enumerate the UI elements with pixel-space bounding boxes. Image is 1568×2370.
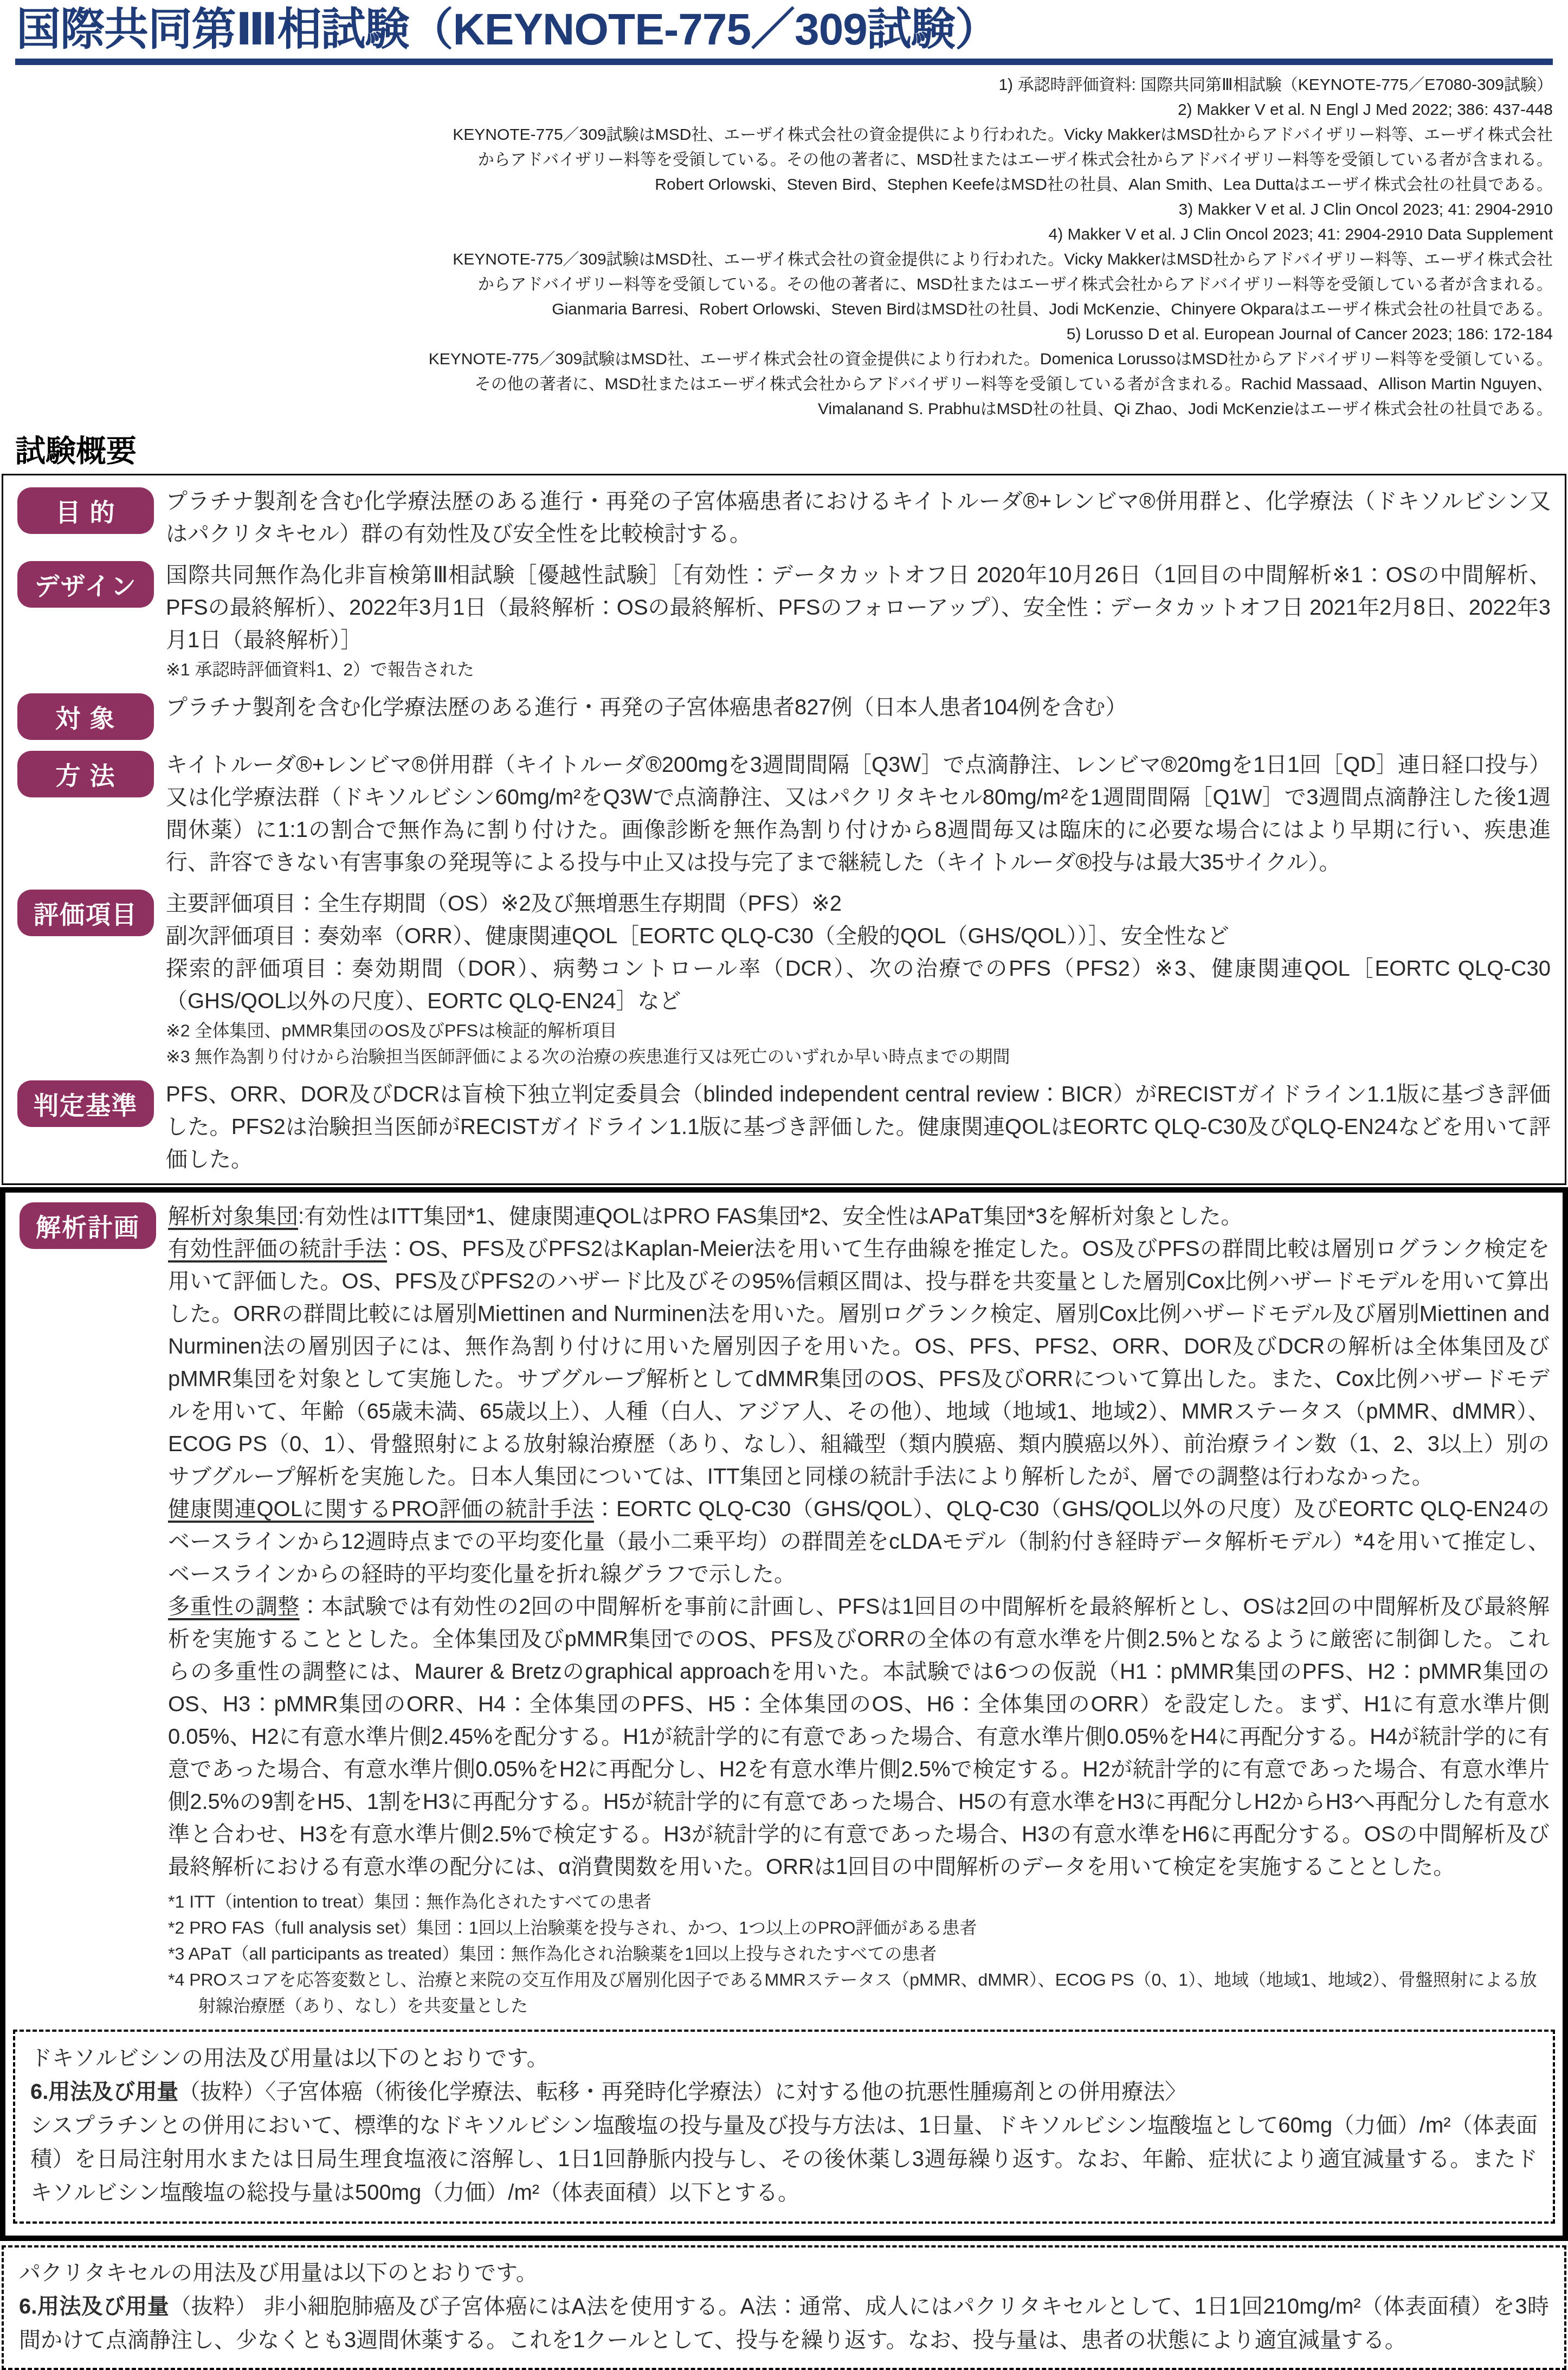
efficacy-statistics-lead: 有効性評価の統計手法	[168, 1237, 387, 1261]
reference-line: Robert Orlowski、Steven Bird、Stephen Keef…	[15, 172, 1553, 197]
analysis-footnote: *4 PROスコアを応答変数とし、治療と来院の交互作用及び層別化因子であるMMR…	[168, 1967, 1550, 2019]
design-footnote: ※1 承認時評価資料1、2）で報告された	[166, 656, 1551, 682]
reference-line: からアドバイザリー料等を受領している。その他の著者に、MSD社またはエーザイ株式…	[15, 147, 1553, 172]
analysis-footnote: *2 PRO FAS（full analysis set）集団：1回以上治験薬を…	[168, 1915, 1550, 1941]
reference-line: 2) Makker V et al. N Engl J Med 2022; 38…	[15, 98, 1553, 123]
purpose-badge: 目 的	[17, 487, 154, 534]
reference-line: KEYNOTE-775／309試験はMSD社、エーザイ株式会社の資金提供により行…	[15, 123, 1553, 147]
row-methods: 方 法 キイトルーダ®+レンビマ®併用群（キイトルーダ®200mgを3週間間隔［…	[3, 744, 1565, 883]
methods-text: キイトルーダ®+レンビマ®併用群（キイトルーダ®200mgを3週間間隔［Q3W］…	[154, 749, 1565, 879]
row-design: デザイン 国際共同無作為化非盲検第Ⅲ相試験［優越性試験］［有効性：データカットオ…	[3, 555, 1565, 687]
purpose-paragraph: プラチナ製剤を含む化学療法歴のある進行・再発の子宮体癌患者におけるキイトルーダ®…	[166, 485, 1551, 550]
reference-line: 4) Makker V et al. J Clin Oncol 2023; 41…	[15, 222, 1553, 247]
subjects-paragraph: プラチナ製剤を含む化学療法歴のある進行・再発の子宮体癌患者827例（日本人患者1…	[166, 691, 1551, 724]
endpoints-badge: 評価項目	[17, 890, 154, 936]
paclitaxel-body: （抜粋） 非小細胞肺癌及び子宮体癌にはA法を使用する。A法：通常、成人にはパクリ…	[19, 2295, 1549, 2352]
row-purpose: 目 的 プラチナ製剤を含む化学療法歴のある進行・再発の子宮体癌患者におけるキイト…	[3, 481, 1565, 555]
reference-line: 1) 承認時評価資料: 国際共同第Ⅲ相試験（KEYNOTE-775／E7080-…	[15, 73, 1553, 98]
doxorubicin-body: シスプラチンとの併用において、標準的なドキソルビシン塩酸塩の投与量及び投与方法は…	[30, 2109, 1538, 2210]
title-underline-rule	[15, 59, 1553, 65]
endpoints-footnote: ※2 全体集団、pMMR集団のOS及びPFSは検証的解析項目	[166, 1017, 1551, 1044]
analysis-plan-badge: 解析計画	[20, 1202, 156, 1249]
criteria-paragraph: PFS、ORR、DOR及びDCRは盲検下独立判定委員会（blinded inde…	[166, 1078, 1551, 1176]
doxorubicin-dosage-box: ドキソルビシンの用法及び用量は以下のとおりです。 6.用法及び用量（抜粋）〈子宮…	[13, 2030, 1555, 2224]
reference-line: その他の著者に、MSD社またはエーザイ株式会社からアドバイザリー料等を受領してい…	[15, 372, 1553, 397]
subjects-text: プラチナ製剤を含む化学療法歴のある進行・再発の子宮体癌患者827例（日本人患者1…	[154, 691, 1565, 724]
purpose-text: プラチナ製剤を含む化学療法歴のある進行・再発の子宮体癌患者におけるキイトルーダ®…	[154, 485, 1565, 550]
endpoints-exploratory: 探索的評価項目：奏効期間（DOR）、病勢コントロール率（DCR）、次の治療でのP…	[166, 952, 1551, 1017]
criteria-badge: 判定基準	[17, 1080, 154, 1127]
analysis-populations: 解析対象集団:有効性はITT集団*1、健康関連QOLはPRO FAS集団*2、安…	[168, 1200, 1550, 1233]
multiplicity-adjustment: 多重性の調整：本試験では有効性の2回の中間解析を事前に計画し、PFSは1回目の中…	[168, 1590, 1550, 1883]
multiplicity-adjustment-body: ：本試験では有効性の2回の中間解析を事前に計画し、PFSは1回目の中間解析を最終…	[168, 1595, 1550, 1879]
analysis-populations-body: :有効性はITT集団*1、健康関連QOLはPRO FAS集団*2、安全性はAPa…	[298, 1205, 1242, 1228]
row-subjects: 対 象 プラチナ製剤を含む化学療法歴のある進行・再発の子宮体癌患者827例（日本…	[3, 687, 1565, 744]
analysis-plan-footnotes: *1 ITT（intention to treat）集団：無作為化されたすべての…	[168, 1889, 1550, 2019]
reference-line: KEYNOTE-775／309試験はMSD社、エーザイ株式会社の資金提供により行…	[15, 347, 1553, 372]
doxorubicin-heading: 6.用法及び用量（抜粋）〈子宮体癌（術後化学療法、転移・再発時化学療法）に対する…	[30, 2075, 1538, 2109]
trial-overview-table: 目 的 プラチナ製剤を含む化学療法歴のある進行・再発の子宮体癌患者におけるキイト…	[2, 474, 1566, 1185]
row-analysis-plan: 解析計画 解析対象集団:有効性はITT集団*1、健康関連QOLはPRO FAS集…	[5, 1200, 1563, 2019]
endpoints-primary: 主要評価項目：全生存期間（OS）※2及び無増悪生存期間（PFS）※2	[166, 887, 1551, 920]
pro-qol-statistics-lead: 健康関連QOLに関するPRO評価の統計手法	[168, 1497, 594, 1521]
analysis-footnote: *1 ITT（intention to treat）集団：無作為化されたすべての…	[168, 1889, 1550, 1915]
design-text: 国際共同無作為化非盲検第Ⅲ相試験［優越性試験］［有効性：データカットオフ日 20…	[154, 559, 1565, 682]
reference-line: 5) Lorusso D et al. European Journal of …	[15, 322, 1553, 347]
row-criteria: 判定基準 PFS、ORR、DOR及びDCRは盲検下独立判定委員会（blinded…	[3, 1074, 1565, 1180]
endpoints-text: 主要評価項目：全生存期間（OS）※2及び無増悪生存期間（PFS）※2 副次評価項…	[154, 887, 1565, 1070]
subjects-badge: 対 象	[17, 693, 154, 740]
paclitaxel-heading-bold: 6.用法及び用量	[19, 2295, 169, 2319]
analysis-plan-text: 解析対象集団:有効性はITT集団*1、健康関連QOLはPRO FAS集団*2、安…	[156, 1200, 1563, 2019]
paclitaxel-body-line: 6.用法及び用量（抜粋） 非小細胞肺癌及び子宮体癌にはA法を使用する。A法：通常…	[19, 2290, 1549, 2357]
efficacy-statistics: 有効性評価の統計手法：OS、PFS及びPFS2はKaplan-Meier法を用い…	[168, 1233, 1550, 1493]
doxorubicin-heading-bold: 6.用法及び用量	[30, 2080, 178, 2104]
endpoints-footnote: ※3 無作為割り付けから治験担当医師評価による次の治療の疾患進行又は死亡のいずれ…	[166, 1044, 1551, 1070]
analysis-plan-frame: 解析計画 解析対象集団:有効性はITT集団*1、健康関連QOLはPRO FAS集…	[0, 1187, 1568, 2241]
reference-list: 1) 承認時評価資料: 国際共同第Ⅲ相試験（KEYNOTE-775／E7080-…	[15, 73, 1553, 422]
reference-line: からアドバイザリー料等を受領している。その他の著者に、MSD社またはエーザイ株式…	[15, 272, 1553, 297]
pro-qol-statistics: 健康関連QOLに関するPRO評価の統計手法：EORTC QLQ-C30（GHS/…	[168, 1493, 1550, 1590]
overview-heading: 試験概要	[15, 427, 1568, 471]
reference-line: Gianmaria Barresi、Robert Orlowski、Steven…	[15, 297, 1553, 322]
row-endpoints: 評価項目 主要評価項目：全生存期間（OS）※2及び無増悪生存期間（PFS）※2 …	[3, 883, 1565, 1074]
design-paragraph: 国際共同無作為化非盲検第Ⅲ相試験［優越性試験］［有効性：データカットオフ日 20…	[166, 559, 1551, 656]
doxorubicin-heading-rest: （抜粋）〈子宮体癌（術後化学療法、転移・再発時化学療法）に対する他の抗悪性腫瘍剤…	[178, 2080, 1186, 2104]
page-title: 国際共同第Ⅲ相試験（KEYNOTE-775／309試験）	[16, 5, 1552, 54]
methods-badge: 方 法	[17, 751, 154, 797]
efficacy-statistics-body: ：OS、PFS及びPFS2はKaplan-Meier法を用いて生存曲線を推定した…	[168, 1237, 1550, 1489]
endpoints-secondary: 副次評価項目：奏効率（ORR）、健康関連QOL［EORTC QLQ-C30（全般…	[166, 920, 1551, 952]
design-badge: デザイン	[17, 561, 154, 608]
reference-line: Vimalanand S. PrabhuはMSD社の社員、Qi Zhao、Jod…	[15, 397, 1553, 422]
doxorubicin-intro: ドキソルビシンの用法及び用量は以下のとおりです。	[30, 2041, 1538, 2075]
multiplicity-adjustment-lead: 多重性の調整	[168, 1595, 300, 1619]
analysis-footnote: *3 APaT（all participants as treated）集団：無…	[168, 1941, 1550, 1967]
criteria-text: PFS、ORR、DOR及びDCRは盲検下独立判定委員会（blinded inde…	[154, 1078, 1565, 1176]
analysis-populations-lead: 解析対象集団	[168, 1205, 298, 1228]
reference-line: 3) Makker V et al. J Clin Oncol 2023; 41…	[15, 197, 1553, 222]
reference-line: KEYNOTE-775／309試験はMSD社、エーザイ株式会社の資金提供により行…	[15, 247, 1553, 272]
methods-paragraph: キイトルーダ®+レンビマ®併用群（キイトルーダ®200mgを3週間間隔［Q3W］…	[166, 749, 1551, 879]
paclitaxel-intro: パクリタキセルの用法及び用量は以下のとおりです。	[19, 2256, 1549, 2290]
paclitaxel-dosage-box: パクリタキセルの用法及び用量は以下のとおりです。 6.用法及び用量（抜粋） 非小…	[2, 2245, 1566, 2370]
